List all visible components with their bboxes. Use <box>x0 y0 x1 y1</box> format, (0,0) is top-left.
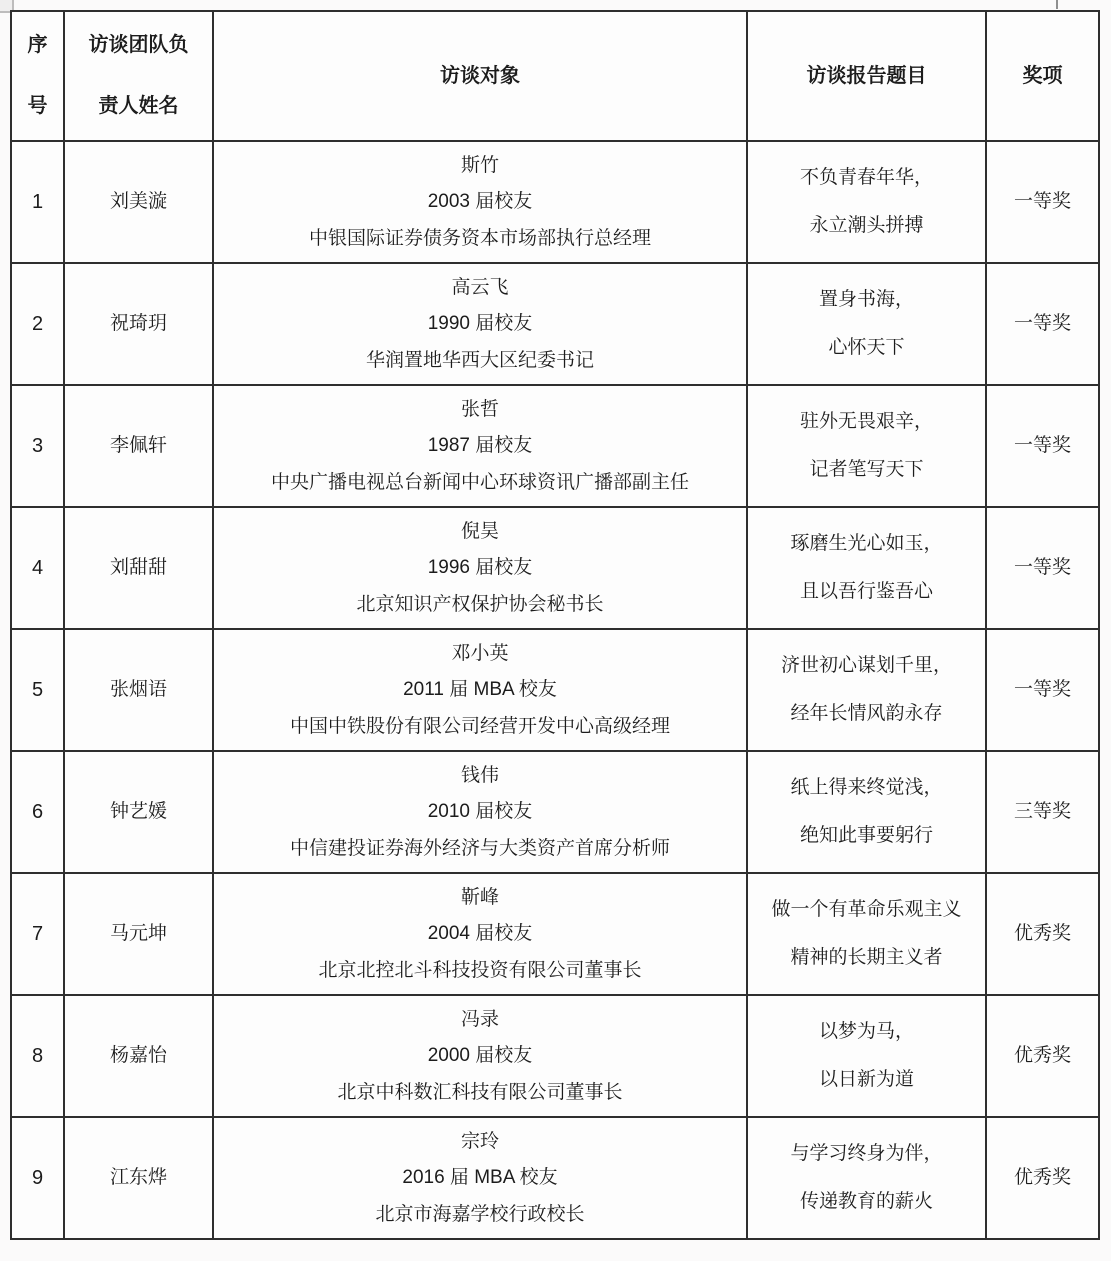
subject-name: 张哲 <box>214 397 746 423</box>
subject-name: 邓小英 <box>214 641 746 667</box>
header-leader-line2: 责人姓名 <box>99 79 179 134</box>
report-title-cell: 济世初心谋划千里， 经年长情风韵永存 <box>748 630 987 752</box>
subject-cell: 靳峰 2004 届校友 北京北控北斗科技投资有限公司董事长 <box>214 874 748 996</box>
subject-name: 高云飞 <box>214 275 746 301</box>
subject-title: 中信建投证券海外经济与大类资产首席分析师 <box>214 836 746 862</box>
report-line2: 经年长情风韵永存 <box>748 701 985 727</box>
subject-title: 北京北控北斗科技投资有限公司董事长 <box>214 958 746 984</box>
report-line2: 以日新为道 <box>748 1067 985 1093</box>
report-line1: 纸上得来终觉浅， <box>748 775 985 801</box>
leader-name: 钟艺媛 <box>65 752 214 874</box>
subject-class: 1996 届校友 <box>214 555 746 581</box>
award-cell: 优秀奖 <box>987 996 1100 1118</box>
leader-name: 刘美漩 <box>65 142 214 264</box>
report-line1: 以梦为马， <box>748 1019 985 1045</box>
row-index: 8 <box>12 996 65 1118</box>
report-title-cell: 与学习终身为伴， 传递教育的薪火 <box>748 1118 987 1240</box>
subject-title: 中银国际证券债务资本市场部执行总经理 <box>214 226 746 252</box>
report-line2: 精神的长期主义者 <box>748 945 985 971</box>
leader-name: 江东烨 <box>65 1118 214 1240</box>
award-cell: 一等奖 <box>987 630 1100 752</box>
subject-class: 1990 届校友 <box>214 311 746 337</box>
leader-name: 张烟语 <box>65 630 214 752</box>
leader-name: 马元坤 <box>65 874 214 996</box>
leader-name: 杨嘉怡 <box>65 996 214 1118</box>
award-cell: 一等奖 <box>987 264 1100 386</box>
report-title-cell: 琢磨生光心如玉， 且以吾行鉴吾心 <box>748 508 987 630</box>
subject-class: 2011 届 MBA 校友 <box>214 677 746 703</box>
subject-cell: 邓小英 2011 届 MBA 校友 中国中铁股份有限公司经营开发中心高级经理 <box>214 630 748 752</box>
report-line1: 做一个有革命乐观主义 <box>748 897 985 923</box>
subject-cell: 冯录 2000 届校友 北京中科数汇科技有限公司董事长 <box>214 996 748 1118</box>
report-line2: 绝知此事要躬行 <box>748 823 985 849</box>
report-line2: 心怀天下 <box>748 335 985 361</box>
header-index: 序 号 <box>12 12 65 142</box>
report-line2: 且以吾行鉴吾心 <box>748 579 985 605</box>
subject-title: 中国中铁股份有限公司经营开发中心高级经理 <box>214 714 746 740</box>
header-report: 访谈报告题目 <box>748 12 987 142</box>
header-subject: 访谈对象 <box>214 12 748 142</box>
subject-class: 2004 届校友 <box>214 921 746 947</box>
row-index: 2 <box>12 264 65 386</box>
interview-awards-table: 序 号 访谈团队负 责人姓名 访谈对象 访谈报告题目 奖项 1 刘美漩 斯竹 2… <box>10 10 1100 1240</box>
document-page: 序 号 访谈团队负 责人姓名 访谈对象 访谈报告题目 奖项 1 刘美漩 斯竹 2… <box>0 0 1111 1261</box>
subject-title: 北京市海嘉学校行政校长 <box>214 1202 746 1228</box>
report-line2: 永立潮头拼搏 <box>748 213 985 239</box>
subject-name: 斯竹 <box>214 153 746 179</box>
subject-name: 倪昊 <box>214 519 746 545</box>
subject-title: 中央广播电视总台新闻中心环球资讯广播部副主任 <box>214 470 746 496</box>
subject-title: 北京知识产权保护协会秘书长 <box>214 592 746 618</box>
subject-name: 靳峰 <box>214 885 746 911</box>
report-title-cell: 纸上得来终觉浅， 绝知此事要躬行 <box>748 752 987 874</box>
row-index: 4 <box>12 508 65 630</box>
leader-name: 刘甜甜 <box>65 508 214 630</box>
award-cell: 优秀奖 <box>987 1118 1100 1240</box>
report-title-cell: 以梦为马， 以日新为道 <box>748 996 987 1118</box>
award-cell: 优秀奖 <box>987 874 1100 996</box>
row-index: 7 <box>12 874 65 996</box>
subject-cell: 斯竹 2003 届校友 中银国际证券债务资本市场部执行总经理 <box>214 142 748 264</box>
report-title-cell: 做一个有革命乐观主义 精神的长期主义者 <box>748 874 987 996</box>
subject-cell: 高云飞 1990 届校友 华润置地华西大区纪委书记 <box>214 264 748 386</box>
subject-cell: 张哲 1987 届校友 中央广播电视总台新闻中心环球资讯广播部副主任 <box>214 386 748 508</box>
subject-class: 2003 届校友 <box>214 189 746 215</box>
row-index: 9 <box>12 1118 65 1240</box>
header-leader: 访谈团队负 责人姓名 <box>65 12 214 142</box>
scan-line-artifact <box>1056 0 1058 9</box>
row-index: 3 <box>12 386 65 508</box>
subject-class: 2016 届 MBA 校友 <box>214 1165 746 1191</box>
subject-title: 北京中科数汇科技有限公司董事长 <box>214 1080 746 1106</box>
report-line2: 传递教育的薪火 <box>748 1189 985 1215</box>
header-index-line1: 序 <box>28 18 48 73</box>
subject-class: 2000 届校友 <box>214 1043 746 1069</box>
subject-cell: 倪昊 1996 届校友 北京知识产权保护协会秘书长 <box>214 508 748 630</box>
report-line1: 置身书海， <box>748 287 985 313</box>
leader-name: 李佩轩 <box>65 386 214 508</box>
row-index: 1 <box>12 142 65 264</box>
subject-class: 2010 届校友 <box>214 799 746 825</box>
subject-class: 1987 届校友 <box>214 433 746 459</box>
subject-title: 华润置地华西大区纪委书记 <box>214 348 746 374</box>
subject-name: 冯录 <box>214 1007 746 1033</box>
header-award: 奖项 <box>987 12 1100 142</box>
subject-name: 宗玲 <box>214 1129 746 1155</box>
report-line1: 与学习终身为伴， <box>748 1141 985 1167</box>
report-line1: 驻外无畏艰辛， <box>748 409 985 435</box>
header-leader-line1: 访谈团队负 <box>89 18 189 73</box>
award-cell: 一等奖 <box>987 142 1100 264</box>
award-cell: 一等奖 <box>987 386 1100 508</box>
report-title-cell: 不负青春年华， 永立潮头拼搏 <box>748 142 987 264</box>
report-line1: 琢磨生光心如玉， <box>748 531 985 557</box>
row-index: 5 <box>12 630 65 752</box>
subject-cell: 钱伟 2010 届校友 中信建投证券海外经济与大类资产首席分析师 <box>214 752 748 874</box>
report-line1: 不负青春年华， <box>748 165 985 191</box>
leader-name: 祝琦玥 <box>65 264 214 386</box>
report-line2: 记者笔写天下 <box>748 457 985 483</box>
row-index: 6 <box>12 752 65 874</box>
award-cell: 三等奖 <box>987 752 1100 874</box>
subject-cell: 宗玲 2016 届 MBA 校友 北京市海嘉学校行政校长 <box>214 1118 748 1240</box>
report-line1: 济世初心谋划千里， <box>748 653 985 679</box>
report-title-cell: 置身书海， 心怀天下 <box>748 264 987 386</box>
subject-name: 钱伟 <box>214 763 746 789</box>
award-cell: 一等奖 <box>987 508 1100 630</box>
report-title-cell: 驻外无畏艰辛， 记者笔写天下 <box>748 386 987 508</box>
header-index-line2: 号 <box>28 79 48 134</box>
